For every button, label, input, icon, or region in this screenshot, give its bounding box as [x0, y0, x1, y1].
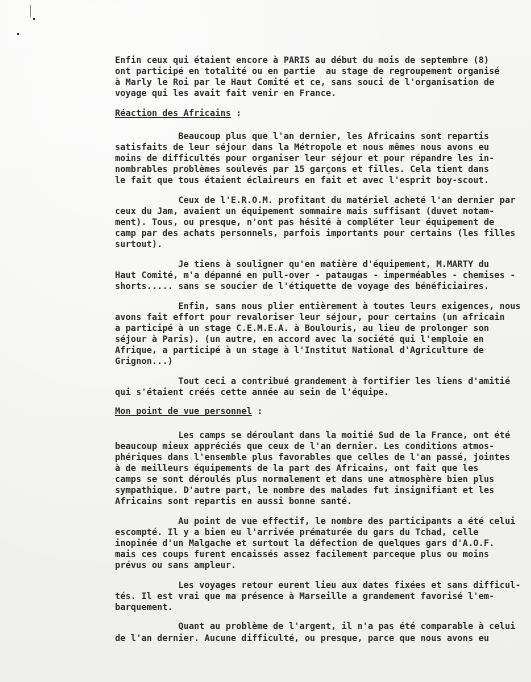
section-heading-text: Réaction des Africains: [115, 109, 231, 119]
text-line: shorts..... sans se soucier de l'étiquet…: [115, 282, 525, 293]
text-line: inopinée d'un Malgache et surtout la déf…: [115, 539, 525, 550]
text-line: Enfin ceux qui étaient encore à PARIS au…: [115, 56, 525, 67]
text-line: escompté. Il y a bien eu l'arrivée préma…: [115, 528, 525, 539]
paragraph: Ceux de l'E.R.O.M. profitant du matériel…: [115, 196, 525, 251]
text-line: qui s'étaient créés cette année au sein …: [115, 388, 525, 399]
margin-speck: [33, 18, 35, 20]
text-line: Ceux de l'E.R.O.M. profitant du matériel…: [115, 196, 525, 207]
text-line: sympathique. D'autre part, le nombre des…: [115, 486, 525, 497]
text-line: Tout ceci a contribué grandement à forti…: [115, 377, 525, 388]
paragraph: Tout ceci a contribué grandement à forti…: [115, 377, 525, 399]
paragraph: Au point de vue effectif, le nombre des …: [115, 517, 525, 572]
paragraph: Beaucoup plus que l'an dernier, les Afri…: [115, 132, 525, 187]
margin-mark-line: [30, 5, 31, 17]
paragraph: Quant au problème de l'argent, il n'a pa…: [115, 622, 525, 644]
text-line: Afrique, a participé à un stage à l'Inst…: [115, 346, 525, 357]
text-line: barquement.: [115, 603, 525, 614]
text-line: de l'an dernier. Aucune difficulté, ou p…: [115, 634, 525, 645]
text-line: Les voyages retour eurent lieu aux dates…: [115, 581, 525, 592]
section-heading: Réaction des Africains :: [115, 109, 525, 120]
section-heading-colon: :: [231, 109, 242, 119]
paragraph: Les voyages retour eurent lieu aux dates…: [115, 581, 525, 614]
text-line: Je tiens à souligner qu'en matière d'équ…: [115, 260, 525, 271]
paragraph: Enfin ceux qui étaient encore à PARIS au…: [115, 56, 525, 100]
text-line: phériques dans l'ensemble plus favorable…: [115, 453, 525, 464]
text-line: camps se sont déroulés plus normalement …: [115, 475, 525, 486]
text-line: beaucoup mieux appréciés que ceux de l'a…: [115, 442, 525, 453]
text-line: à Marly le Roi par le Haut Comité et ce,…: [115, 78, 525, 89]
text-line: surtout).: [115, 240, 525, 251]
text-line: Au point de vue effectif, le nombre des …: [115, 517, 525, 528]
text-line: satisfaits de leur séjour dans la Métrop…: [115, 143, 525, 154]
section-heading-text: Mon point de vue personnel: [115, 407, 252, 417]
paragraph: Je tiens à souligner qu'en matière d'équ…: [115, 260, 525, 293]
text-line: Les camps se déroulant dans la moitié Su…: [115, 431, 525, 442]
text-line: Enfin, sans nous plier entièrement à tou…: [115, 302, 525, 313]
text-line: nombrables problèmes soulevés par 15 gar…: [115, 165, 525, 176]
text-line: Grignon...): [115, 357, 525, 368]
paragraph: Enfin, sans nous plier entièrement à tou…: [115, 302, 525, 369]
text-line: avons fait effort pour revaloriser leur …: [115, 313, 525, 324]
text-line: à de meilleurs équipements de la part de…: [115, 464, 525, 475]
text-line: mais ces coups furent encaissés assez fa…: [115, 550, 525, 561]
text-line: ment). Tous, ou presque, n'ont pas hésit…: [115, 218, 525, 229]
text-line: a participé à un stage C.E.M.E.A. à Boul…: [115, 324, 525, 335]
text-line: le fait que tous étaient éclaireurs en f…: [115, 176, 525, 187]
typewritten-text: Enfin ceux qui étaient encore à PARIS au…: [115, 56, 525, 653]
text-line: Africains sont repartis en aussi bonne s…: [115, 497, 525, 508]
text-line: ceux du Jam, avaient un équipement somma…: [115, 207, 525, 218]
paragraph: Les camps se déroulant dans la moitié Su…: [115, 431, 525, 509]
text-line: tés. Il est vrai que ma présence à Marse…: [115, 592, 525, 603]
text-line: camp par des achats personnels, parfois …: [115, 229, 525, 240]
margin-speck: [17, 33, 19, 35]
text-line: Quant au problème de l'argent, il n'a pa…: [115, 622, 525, 633]
text-line: voyage qui les avait fait venir en Franc…: [115, 89, 525, 100]
section-heading-colon: :: [252, 407, 263, 417]
text-line: Beaucoup plus que l'an dernier, les Afri…: [115, 132, 525, 143]
text-line: moins de difficultés pour organiser leur…: [115, 154, 525, 165]
text-line: Haut Comité, m'a dépanné en pull-over - …: [115, 271, 525, 282]
text-line: ont participé en totalité ou en partie a…: [115, 67, 525, 78]
scanned-page: Enfin ceux qui étaient encore à PARIS au…: [0, 0, 531, 682]
section-heading: Mon point de vue personnel :: [115, 407, 525, 418]
text-line: prévus ou sans ampleur.: [115, 561, 525, 572]
text-line: séjour à Paris). (un autre, en accord av…: [115, 335, 525, 346]
